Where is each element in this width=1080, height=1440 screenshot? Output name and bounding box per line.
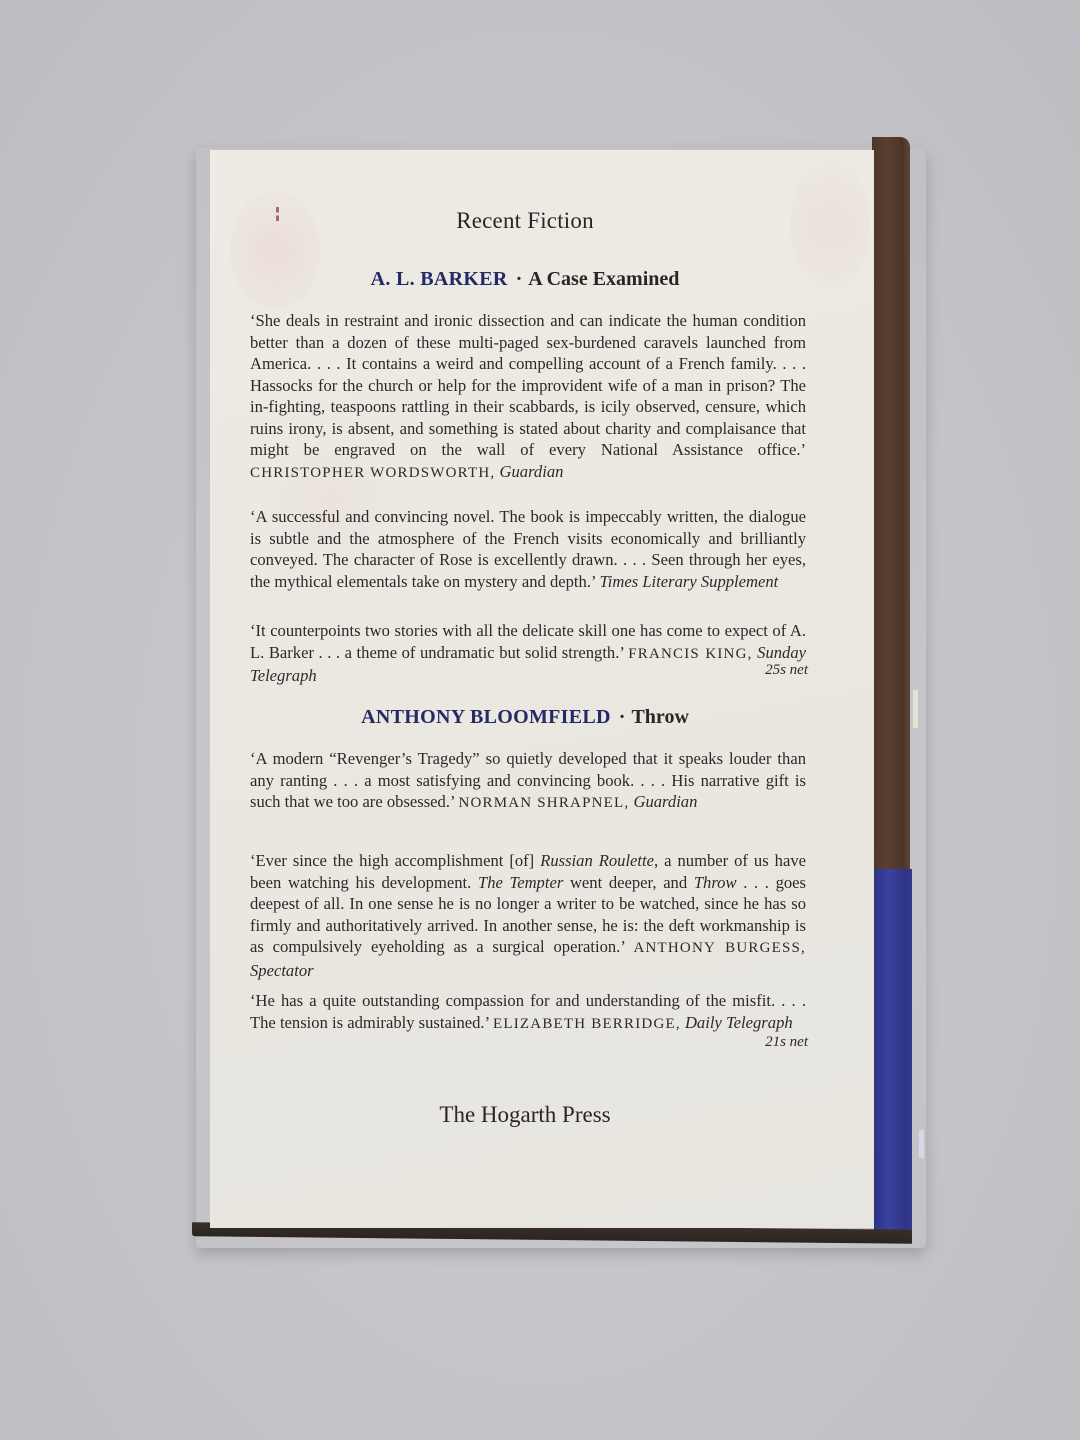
publication-name: Times Literary Supplement [599, 572, 778, 591]
price-label: 25s net [765, 662, 808, 679]
separator-dot: · [619, 706, 626, 728]
review-text: ‘Ever since the high accomplishment [of] [250, 851, 540, 870]
critic-name: CHRISTOPHER WORDSWORTH, [250, 465, 495, 481]
critic-name: ELIZABETH BERRIDGE, [493, 1016, 681, 1032]
spine-lettering-fragment [913, 690, 918, 728]
back-cover: Recent Fiction A. L. BARKER·A Case Exami… [210, 150, 874, 1228]
review-text: went deeper, and [563, 873, 694, 892]
publication-name: Spectator [250, 961, 314, 980]
book-reference: Russian Roulette [540, 851, 654, 870]
book-title: Throw [631, 706, 688, 728]
review-quote: ‘He has a quite outstanding compassion f… [250, 990, 806, 1035]
book-reference: The Tempter [478, 873, 563, 892]
book-reference: Throw [694, 873, 737, 892]
publisher-name: The Hogarth Press [210, 1102, 840, 1128]
book-heading-barker: A. L. BARKER·A Case Examined [210, 268, 840, 291]
critic-name: FRANCIS KING, [628, 646, 752, 662]
author-name: A. L. BARKER [371, 268, 508, 290]
review-quote: ‘Ever since the high accomplishment [of]… [250, 850, 806, 981]
author-name: ANTHONY BLOOMFIELD [361, 706, 611, 728]
review-text: ‘She deals in restraint and ironic disse… [250, 311, 806, 459]
critic-name: ANTHONY BURGESS, [633, 940, 806, 956]
publication-name: Guardian [633, 792, 697, 811]
price-label: 21s net [765, 1034, 808, 1051]
publication-name: Guardian [500, 462, 564, 481]
review-quote: ‘It counterpoints two stories with all t… [250, 620, 806, 687]
page-title: Recent Fiction [210, 208, 840, 234]
critic-name: NORMAN SHRAPNEL, [458, 795, 629, 811]
book-heading-bloomfield: ANTHONY BLOOMFIELD·Throw [210, 706, 840, 729]
book-title: A Case Examined [528, 268, 679, 290]
book-spine-brown-band [872, 137, 910, 869]
review-quote: ‘A successful and convincing novel. The … [250, 506, 806, 592]
separator-dot: · [516, 268, 523, 290]
publication-name: Daily Telegraph [685, 1013, 793, 1032]
spine-lettering-fragment [919, 1130, 924, 1158]
review-quote: ‘She deals in restraint and ironic disse… [250, 310, 806, 484]
book-spine-blue-band [874, 869, 912, 1243]
review-quote: ‘A modern “Revenger’s Tragedy” so quietl… [250, 748, 806, 815]
